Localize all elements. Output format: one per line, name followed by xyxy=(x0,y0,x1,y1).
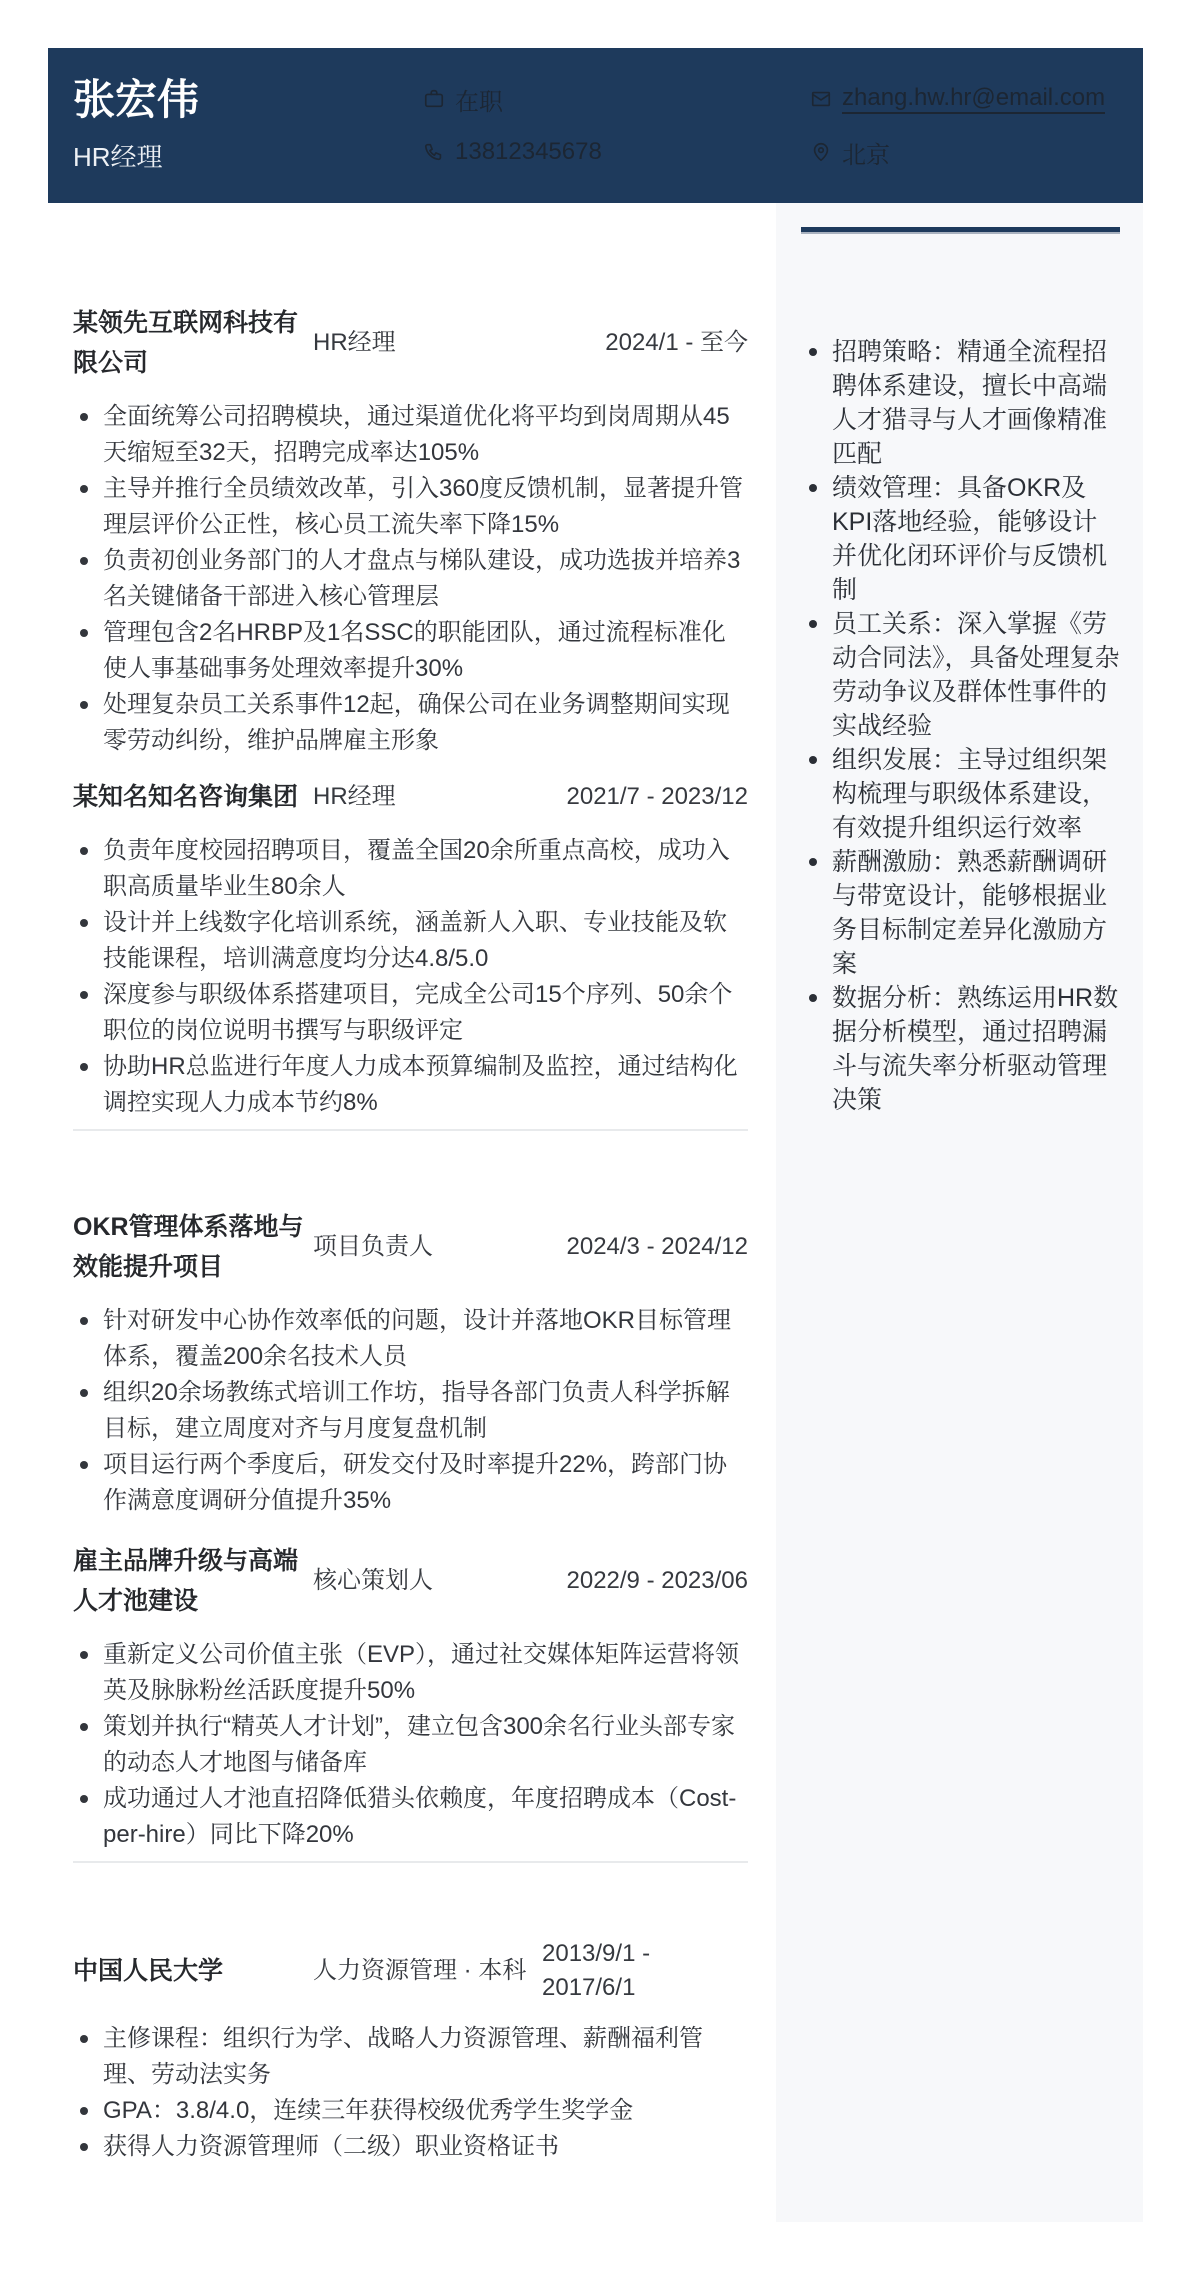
bullet-item: 负责初创业务部门的人才盘点与梯队建设，成功选拔并培养3名关键储备干部进入核心管理… xyxy=(73,543,748,615)
education-bullet-list: 主修课程：组织行为学、战略人力资源管理、薪酬福利管理、劳动法实务 GPA：3.8… xyxy=(73,2021,748,2165)
bullet-item: 协助HR总监进行年度人力成本预算编制及监控，通过结构化调控实现人力成本节约8% xyxy=(73,1049,748,1121)
pin-icon xyxy=(810,141,832,163)
email-link[interactable]: zhang.hw.hr@email.com xyxy=(842,84,1105,114)
job-dates: 2024/1 - 至今 xyxy=(605,323,748,363)
education-major: 人力资源管理 · 本科 xyxy=(313,1951,526,1991)
project-bullet-list: 针对研发中心协作效率低的问题，设计并落地OKR目标管理体系，覆盖200余名技术人… xyxy=(73,1303,748,1519)
bullet-item: 项目运行两个季度后，研发交付及时率提升22%，跨部门协作满意度调研分值提升35% xyxy=(73,1447,748,1519)
header-band: 张宏伟 HR经理 在职 zhang.hw.hr@email.com 138123… xyxy=(48,48,1143,203)
education-dates: 2013/9/1 - 2017/6/1 xyxy=(542,1937,748,2005)
contact-status-label: 在职 xyxy=(455,82,503,117)
bullet-item: 获得人力资源管理师（二级）职业资格证书 xyxy=(73,2129,748,2165)
bullet-item: 重新定义公司价值主张（EVP），通过社交媒体矩阵运营将领英及脉脉粉丝活跃度提升5… xyxy=(73,1637,748,1709)
skill-item: 员工关系：深入掌握《劳动合同法》，具备处理复杂劳动争议及群体性事件的实战经验 xyxy=(801,607,1120,743)
bullet-item: 设计并上线数字化培训系统，涵盖新人入职、专业技能及软技能课程，培训满意度均分达4… xyxy=(73,905,748,977)
bullet-item: 主导并推行全员绩效改革，引入360度反馈机制，显著提升管理层评价公正性，核心员工… xyxy=(73,471,748,543)
contact-phone-number: 13812345678 xyxy=(455,138,602,166)
phone-icon xyxy=(423,141,445,163)
work-bullet-list: 负责年度校园招聘项目，覆盖全国20余所重点高校，成功入职高质量毕业生80余人 设… xyxy=(73,833,748,1121)
bullet-item: GPA：3.8/4.0，连续三年获得校级优秀学生奖学金 xyxy=(73,2093,748,2129)
briefcase-icon xyxy=(423,88,445,110)
bullet-item: 针对研发中心协作效率低的问题，设计并落地OKR目标管理体系，覆盖200余名技术人… xyxy=(73,1303,748,1375)
project-role: 核心策划人 xyxy=(313,1561,433,1601)
job-dates: 2021/7 - 2023/12 xyxy=(567,777,749,817)
school-name: 中国人民大学 xyxy=(73,1951,313,1991)
company-name: 某知名知名咨询集团 xyxy=(73,777,313,817)
company-name: 某领先互联网科技有限公司 xyxy=(73,303,313,383)
skill-item: 招聘策略：精通全流程招聘体系建设，擅长中高端人才猎寻与人才画像精准匹配 xyxy=(801,335,1120,471)
education-entry: 中国人民大学 人力资源管理 · 本科 2013/9/1 - 2017/6/1 主… xyxy=(73,1937,748,2165)
education-entry-header: 中国人民大学 人力资源管理 · 本科 2013/9/1 - 2017/6/1 xyxy=(73,1937,748,2005)
work-bullet-list: 全面统筹公司招聘模块，通过渠道优化将平均到岗周期从45天缩短至32天，招聘完成率… xyxy=(73,399,748,759)
project-dates: 2024/3 - 2024/12 xyxy=(567,1227,749,1267)
contact-phone: 13812345678 xyxy=(423,135,810,170)
project-dates: 2022/9 - 2023/06 xyxy=(567,1561,749,1601)
skill-item: 数据分析：熟练运用HR数据分析模型，通过招聘漏斗与流失率分析驱动管理决策 xyxy=(801,981,1120,1117)
work-entry: 某知名知名咨询集团 HR经理 2021/7 - 2023/12 负责年度校园招聘… xyxy=(73,777,748,1121)
project-entry: OKR管理体系落地与效能提升项目 项目负责人 2024/3 - 2024/12 … xyxy=(73,1207,748,1519)
bullet-item: 负责年度校园招聘项目，覆盖全国20余所重点高校，成功入职高质量毕业生80余人 xyxy=(73,833,748,905)
project-role: 项目负责人 xyxy=(313,1227,433,1267)
bullet-item: 深度参与职级体系搭建项目，完成全公司15个序列、50余个职位的岗位说明书撰写与职… xyxy=(73,977,748,1049)
bullet-item: 组织20余场教练式培训工作坊，指导各部门负责人科学拆解目标，建立周度对齐与月度复… xyxy=(73,1375,748,1447)
skill-item: 绩效管理：具备OKR及KPI落地经验，能够设计并优化闭环评价与反馈机制 xyxy=(801,471,1120,607)
work-entry: 某领先互联网科技有限公司 HR经理 2024/1 - 至今 全面统筹公司招聘模块… xyxy=(73,303,748,759)
section-divider xyxy=(73,1129,748,1131)
project-bullet-list: 重新定义公司价值主张（EVP），通过社交媒体矩阵运营将领英及脉脉粉丝活跃度提升5… xyxy=(73,1637,748,1853)
work-entry-header: 某领先互联网科技有限公司 HR经理 2024/1 - 至今 xyxy=(73,303,748,383)
project-name: 雇主品牌升级与高端人才池建设 xyxy=(73,1541,313,1621)
contact-location: 北京 xyxy=(810,135,1105,170)
bullet-item: 主修课程：组织行为学、战略人力资源管理、薪酬福利管理、劳动法实务 xyxy=(73,2021,748,2093)
work-entry-header: 某知名知名咨询集团 HR经理 2021/7 - 2023/12 xyxy=(73,777,748,817)
job-role: HR经理 xyxy=(313,777,396,817)
section-divider xyxy=(73,1861,748,1863)
bullet-item: 处理复杂员工关系事件12起，确保公司在业务调整期间实现零劳动纠纷，维护品牌雇主形… xyxy=(73,687,748,759)
project-entry: 雇主品牌升级与高端人才池建设 核心策划人 2022/9 - 2023/06 重新… xyxy=(73,1541,748,1853)
mail-icon xyxy=(810,88,832,110)
contact-grid: 在职 zhang.hw.hr@email.com 13812345678 北京 xyxy=(423,48,1105,203)
project-name: OKR管理体系落地与效能提升项目 xyxy=(73,1207,313,1287)
main-column: 某领先互联网科技有限公司 HR经理 2024/1 - 至今 全面统筹公司招聘模块… xyxy=(48,203,776,2165)
person-name: 张宏伟 xyxy=(73,76,199,124)
contact-status: 在职 xyxy=(423,82,810,117)
project-entry-header: OKR管理体系落地与效能提升项目 项目负责人 2024/3 - 2024/12 xyxy=(73,1207,748,1287)
skills-sidebar: 招聘策略：精通全流程招聘体系建设，擅长中高端人才猎寻与人才画像精准匹配 绩效管理… xyxy=(776,203,1143,2222)
bullet-item: 策划并执行“精英人才计划”，建立包含300余名行业头部专家的动态人才地图与储备库 xyxy=(73,1709,748,1781)
bullet-item: 全面统筹公司招聘模块，通过渠道优化将平均到岗周期从45天缩短至32天，招聘完成率… xyxy=(73,399,748,471)
skills-section-rule xyxy=(801,227,1120,234)
contact-email: zhang.hw.hr@email.com xyxy=(810,82,1105,117)
contact-location-label: 北京 xyxy=(842,135,890,170)
skill-item: 薪酬激励：熟悉薪酬调研与带宽设计，能够根据业务目标制定差异化激励方案 xyxy=(801,845,1120,981)
resume-page: 张宏伟 HR经理 在职 zhang.hw.hr@email.com 138123… xyxy=(0,0,1191,2271)
skills-list: 招聘策略：精通全流程招聘体系建设，擅长中高端人才猎寻与人才画像精准匹配 绩效管理… xyxy=(801,335,1120,1117)
project-entry-header: 雇主品牌升级与高端人才池建设 核心策划人 2022/9 - 2023/06 xyxy=(73,1541,748,1621)
bullet-item: 管理包含2名HRBP及1名SSC的职能团队，通过流程标准化使人事基础事务处理效率… xyxy=(73,615,748,687)
person-job-title: HR经理 xyxy=(73,142,163,172)
bullet-item: 成功通过人才池直招降低猎头依赖度，年度招聘成本（Cost-per-hire）同比… xyxy=(73,1781,748,1853)
job-role: HR经理 xyxy=(313,323,396,363)
skill-item: 组织发展：主导过组织架构梳理与职级体系建设，有效提升组织运行效率 xyxy=(801,743,1120,845)
